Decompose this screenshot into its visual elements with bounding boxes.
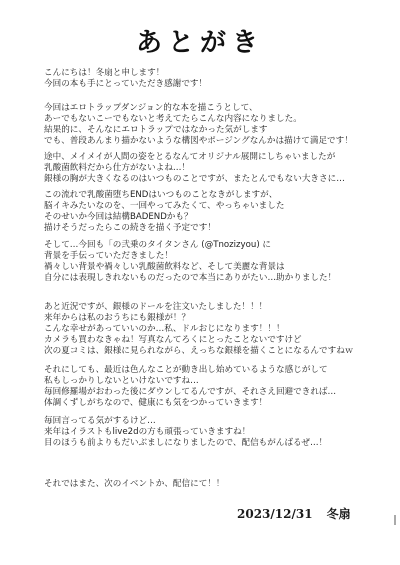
paragraph-closing: それではまた、次のイベントか、配信にて！！ — [44, 479, 384, 490]
text-line: 銀様の胸が大きくなるのはいつものことですが、またとんでもない大きさに… — [44, 174, 384, 185]
text-line: そして…今回も「の弐乗のタイタンさん (@Tnozizyou) に — [44, 240, 384, 251]
text-line: 脳イキみたいなのを、一回やってみたくて、やっちゃいました — [44, 201, 384, 212]
paragraph-greeting: こんにちは！冬扇と申します！ 今回の本も手にとっていただき感謝です！ — [44, 68, 384, 90]
text-line: 乳酸菌飲料だから仕方がないよね…！ — [44, 163, 384, 174]
signature: 2023/12/31冬扇 — [237, 505, 351, 522]
afterword-page: あとがき こんにちは！冬扇と申します！ 今回の本も手にとっていただき感謝です！ … — [0, 0, 400, 565]
text-line: 体調くずしがちなので、健康にも気をつかっていきます！ — [44, 398, 384, 409]
page-title: あとがき — [0, 22, 400, 59]
text-line: 来年からは私のおうちにも銀様が！？ — [44, 313, 384, 324]
text-line: あーでもないこーでもないと考えてたらこんな内容になりました。 — [44, 114, 384, 125]
text-line: 今回の本も手にとっていただき感謝です！ — [44, 79, 384, 90]
text-line: 結果的に、そんなにエロトラップではなかった気がします — [44, 125, 384, 136]
paragraph-ending: この流れで乳酸菌堕ちENDはいつものことなきがしますが、 脳イキみたいなのを、一… — [44, 190, 384, 234]
text-line: それではまた、次のイベントか、配信にて！！ — [44, 479, 384, 490]
text-line: 来年はイラストもlive2dの方も頑張っていきますね！ — [44, 427, 384, 438]
paragraph-health: それにしても、最近は色んなことが動き出し始めているような感じがして 私もしっかり… — [44, 365, 384, 409]
text-line: カメラも買わなきゃね！写真なんてろくにとったことないですけど — [44, 335, 384, 346]
signature-author: 冬扇 — [327, 507, 351, 521]
text-line: それにしても、最近は色んなことが動き出し始めているような感じがして — [44, 365, 384, 376]
text-line: 背景を手伝っていただきました！ — [44, 251, 384, 262]
text-line: 毎回修羅場がおわった後にダウンしてるんですが、それさえ回避できれば… — [44, 387, 384, 398]
text-line: こんにちは！冬扇と申します！ — [44, 68, 384, 79]
signature-date: 2023/12/31 — [237, 507, 313, 521]
paragraph-thanks: そして…今回も「の弐乗のタイタンさん (@Tnozizyou) に 背景を手伝っ… — [44, 240, 384, 284]
paragraph-news: あと近況ですが、銀様のドールを注文いたしました！！！ 来年からは私のおうちにも銀… — [44, 302, 384, 357]
text-line: 私もしっかりしないといけないですね… — [44, 376, 384, 387]
text-line: 今回はエロトラップダンジョン的な本を描こうとして、 — [44, 103, 384, 114]
text-line: 描けそうだったらこの続きを描く予定です！ — [44, 223, 384, 234]
text-line: 毎回言ってる気がするけど… — [44, 416, 384, 427]
paragraph-story: 途中、メイメイが人間の姿をとるなんてオリジナル展開にしちゃいましたが 乳酸菌飲料… — [44, 152, 384, 185]
text-line: 次の夏コミは、銀様に見られながら、えっちな銀様を描くことになるんですねｗ — [44, 346, 384, 357]
text-line: 禍々しい背景や禍々しい乳酸菌飲料など、そして美麗な背景は — [44, 262, 384, 273]
text-line: あと近況ですが、銀様のドールを注文いたしました！！！ — [44, 302, 384, 313]
text-line: 途中、メイメイが人間の姿をとるなんてオリジナル展開にしちゃいましたが — [44, 152, 384, 163]
paragraph-plans: 毎回言ってる気がするけど… 来年はイラストもlive2dの方も頑張っていきますね… — [44, 416, 384, 449]
paragraph-theme: 今回はエロトラップダンジョン的な本を描こうとして、 あーでもないこーでもないと考… — [44, 103, 384, 147]
page-margin-mark — [394, 515, 396, 525]
text-line: そのせいか今回は結構BADENDかも？ — [44, 212, 384, 223]
text-line: でも、普段あんまり描かないような構図やポージングなんかは描けて満足です！ — [44, 136, 384, 147]
text-line: こんな幸せがあっていいのか…私、ドルおじになります！！！ — [44, 324, 384, 335]
text-line: 目のほうも前よりもだいぶましになりましたので、配信もがんばるぜ…！ — [44, 438, 384, 449]
text-line: 自分には表現しきれないものだったので本当にありがたい…助かりました！ — [44, 273, 384, 284]
text-line: この流れで乳酸菌堕ちENDはいつものことなきがしますが、 — [44, 190, 384, 201]
